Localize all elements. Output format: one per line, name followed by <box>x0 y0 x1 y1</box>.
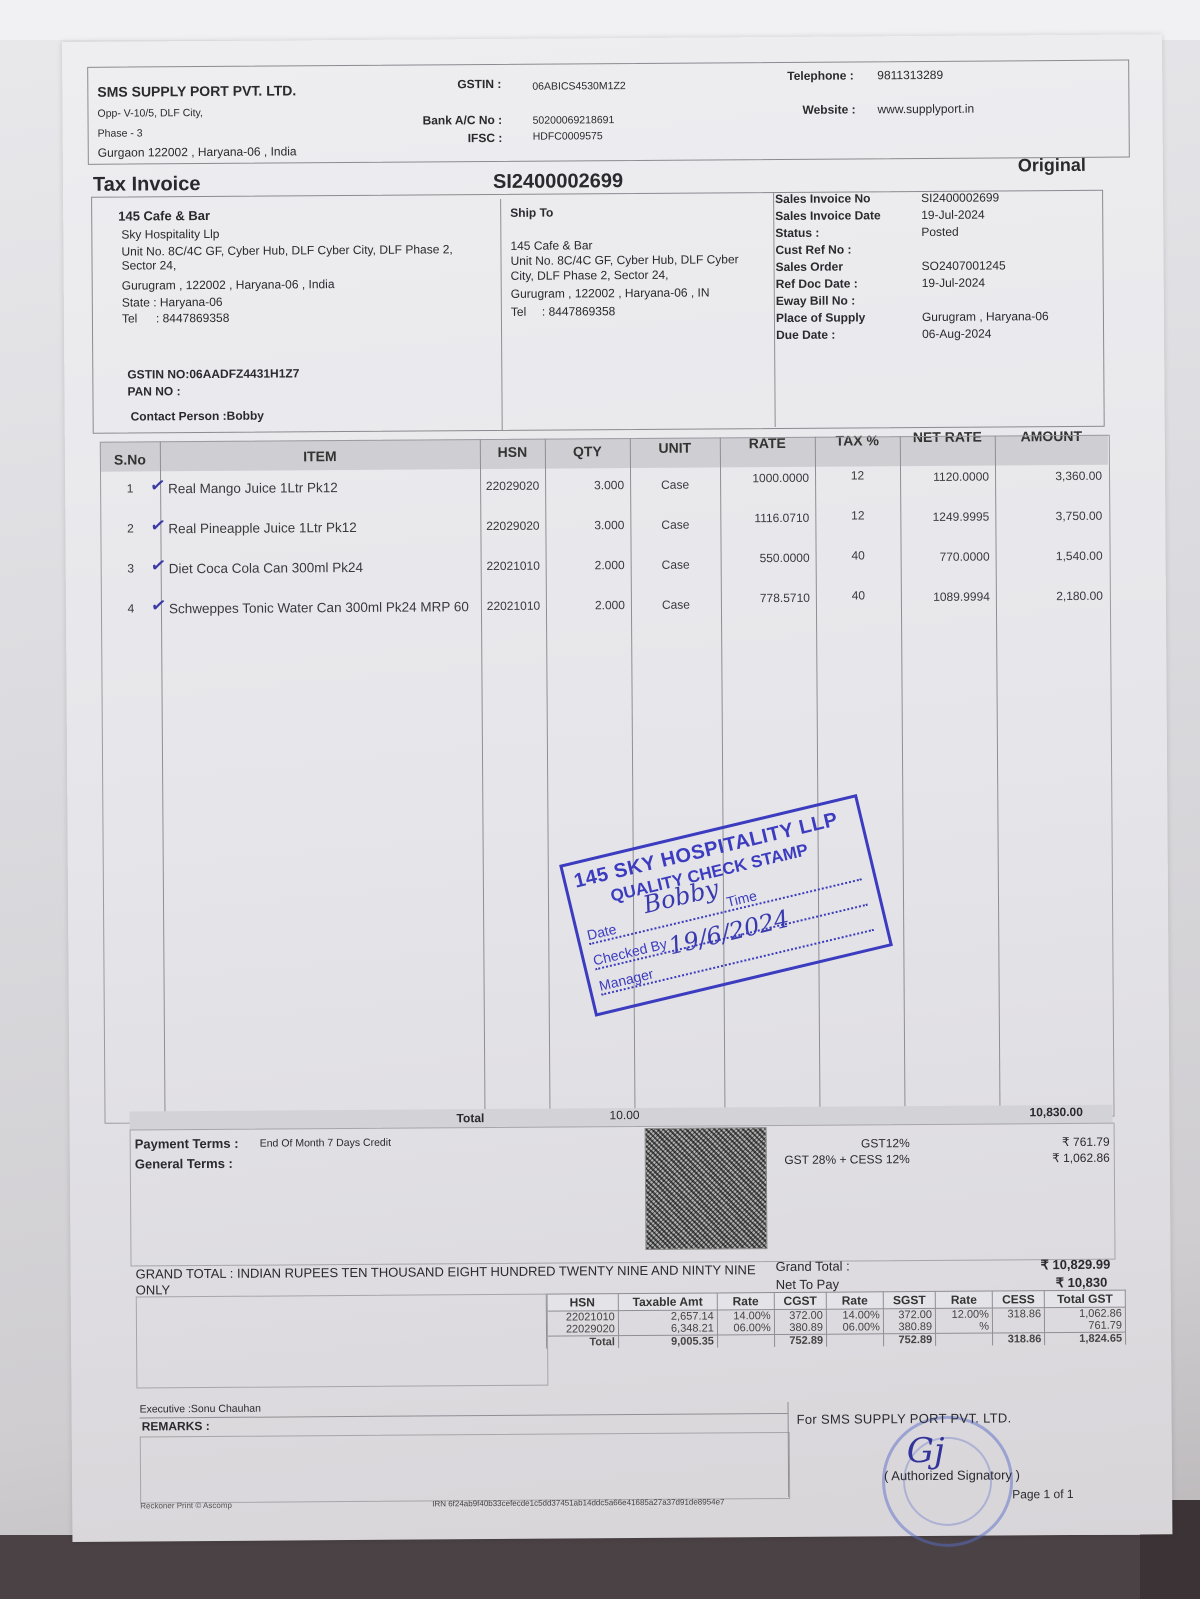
cell-net-rate: 770.0000 <box>901 549 996 564</box>
document-title: Tax Invoice <box>93 173 201 197</box>
gst-cell: 380.89 <box>883 1321 935 1334</box>
blank-box <box>136 1294 549 1389</box>
ship-to-city: Gurugram , 122002 , Haryana-06 , IN <box>511 285 710 300</box>
bill-to-address-2: Sector 24, <box>122 258 177 272</box>
cell-item: Diet Coca Cola Can 300ml Pk24 <box>161 559 481 576</box>
meta-label: Cust Ref No : <box>775 242 851 257</box>
invoice-number-heading: SI2400002699 <box>493 170 623 194</box>
telephone-label: Telephone : <box>787 68 854 82</box>
ifsc-label: IFSC : <box>468 131 503 145</box>
cell-hsn: 22021010 <box>481 559 546 573</box>
tax-summary-label: GST12% <box>770 1136 910 1151</box>
cell-rate: 778.5710 <box>721 591 816 606</box>
tax-summary-value: ₹ 1,062.86 <box>1030 1151 1110 1166</box>
gst-cell: 06.00% <box>717 1322 774 1335</box>
page-info: Page 1 of 1 <box>1012 1487 1073 1501</box>
invoice-sheet: SMS SUPPLY PORT PVT. LTD. Opp- V-10/5, D… <box>62 34 1172 1542</box>
payment-terms-label: Payment Terms : <box>135 1136 239 1152</box>
cell-amount: 3,750.00 <box>995 509 1108 524</box>
irn-number: IRN 6f24ab9f40b33cefecde1c5dd37451ab14dd… <box>432 1497 724 1508</box>
ship-to-address-2: City, DLF Phase 2, Sector 24, <box>511 268 669 283</box>
gst-cell: 318.86 <box>992 1308 1044 1321</box>
payment-terms-value: End Of Month 7 Days Credit <box>260 1137 391 1150</box>
ship-to-heading: Ship To <box>510 206 553 220</box>
cell-tax: 12 <box>815 508 900 523</box>
cell-rate: 550.0000 <box>721 551 816 566</box>
gst-total-cell <box>936 1333 993 1346</box>
gstin-value: 06ABICS4530M1Z2 <box>532 80 625 93</box>
ship-to-name: 145 Cafe & Bar <box>510 238 592 253</box>
cell-hsn: 22029020 <box>480 479 545 493</box>
gst-column-header: CESS <box>992 1291 1044 1308</box>
ship-to-tel-label: Tel <box>511 305 526 319</box>
total-amount: 10,830.00 <box>1029 1105 1082 1119</box>
cell-hsn: 22021010 <box>481 599 546 613</box>
meta-label: Due Date : <box>776 328 835 342</box>
copy-type: Original <box>1018 155 1086 176</box>
cell-net-rate: 1089.9994 <box>901 589 996 604</box>
meta-label: Status : <box>775 226 819 240</box>
bill-to-tel-label: Tel <box>122 311 137 325</box>
total-label: Total <box>456 1111 484 1125</box>
meta-value: 19-Jul-2024 <box>922 276 985 290</box>
gst-cell: 22029020 <box>546 1323 618 1336</box>
cell-qty: 2.000 <box>546 558 631 573</box>
cell-tax: 40 <box>816 548 901 563</box>
general-terms-label: General Terms : <box>135 1156 233 1172</box>
meta-label: Sales Invoice Date <box>775 208 880 223</box>
tax-summary-value: ₹ 761.79 <box>1030 1135 1110 1150</box>
cell-net-rate: 1249.9995 <box>900 509 995 524</box>
bill-to-gstin: GSTIN NO:06AADFZ4431H1Z7 <box>127 366 299 381</box>
gst-total-cell: 1,824.65 <box>1045 1332 1126 1345</box>
gst-cell <box>992 1320 1044 1333</box>
cell-qty: 3.000 <box>545 518 630 533</box>
cell-tax: 12 <box>815 468 900 483</box>
meta-label: Place of Supply <box>776 310 865 325</box>
meta-value: SO2407001245 <box>922 258 1006 273</box>
executive-name: Executive :Sonu Chauhan <box>140 1403 262 1416</box>
website-label: Website : <box>802 102 855 116</box>
gst-cell: 380.89 <box>774 1322 826 1335</box>
tax-summary-label: GST 28% + CESS 12% <box>770 1152 910 1167</box>
ifsc-value: HDFC0009575 <box>533 130 603 142</box>
remarks-box <box>140 1432 790 1504</box>
meta-label: Ref Doc Date : <box>776 276 858 291</box>
cell-unit: Case <box>630 477 720 492</box>
background-bottom <box>0 1535 1200 1599</box>
grand-total-value: ₹ 10,829.99 <box>1041 1257 1111 1273</box>
gst-cell: 14.00% <box>717 1310 774 1323</box>
background-top <box>0 0 1200 40</box>
company-address-1: Opp- V-10/5, DLF City, <box>97 107 203 120</box>
meta-label: Eway Bill No : <box>776 293 855 308</box>
signature-scribble: Gj <box>907 1431 945 1471</box>
cell-amount: 1,540.00 <box>996 549 1109 564</box>
gst-total-cell: Total <box>547 1336 619 1349</box>
authorized-signatory-label: ( Authorized Signatory ) <box>884 1467 1020 1483</box>
cell-tax: 40 <box>816 588 901 603</box>
total-qty: 10.00 <box>609 1108 639 1122</box>
gst-cell: 12.00% <box>935 1308 992 1321</box>
gst-column-header: Rate <box>826 1292 883 1309</box>
cell-item: Real Mango Juice 1Ltr Pk12 <box>160 479 480 496</box>
meta-value: 19-Jul-2024 <box>921 208 984 222</box>
gst-total-cell <box>827 1334 884 1347</box>
bill-to-tel: : 8447869358 <box>156 311 230 326</box>
gst-cell: 06.00% <box>826 1321 883 1334</box>
net-to-pay-value: ₹ 10,830 <box>1056 1275 1108 1291</box>
gst-cell: 372.00 <box>774 1309 826 1322</box>
gst-column-header: SGST <box>883 1291 935 1308</box>
bill-to-address-1: Unit No. 8C/4C GF, Cyber Hub, DLF Cyber … <box>121 242 452 258</box>
gst-column-header: Rate <box>935 1291 992 1308</box>
bank-account: 50200069218691 <box>533 114 615 127</box>
cell-amount: 3,360.00 <box>995 469 1108 484</box>
gst-column-header: Taxable Amt <box>618 1293 717 1311</box>
gst-column-header: CGST <box>774 1292 826 1309</box>
meta-value: 06-Aug-2024 <box>922 327 991 341</box>
bill-to-city: Gurugram , 122002 , Haryana-06 , India <box>122 277 335 292</box>
gst-total-cell: 318.86 <box>993 1333 1045 1346</box>
meta-value: Gurugram , Haryana-06 <box>922 309 1049 324</box>
cell-unit: Case <box>631 597 721 612</box>
ship-to-tel: : 8447869358 <box>542 304 616 319</box>
meta-label: Sales Order <box>776 260 843 274</box>
meta-value: Posted <box>921 225 958 239</box>
grand-total-label: Grand Total : <box>776 1259 850 1275</box>
stamp-time-label: Time <box>725 887 758 910</box>
cell-amount: 2,180.00 <box>996 589 1109 604</box>
telephone-value: 9811313289 <box>877 68 943 82</box>
cell-qty: 2.000 <box>546 598 631 613</box>
cell-unit: Case <box>631 557 721 572</box>
gst-total-cell <box>717 1335 774 1348</box>
gst-cell: 22021010 <box>546 1311 618 1324</box>
gst-column-header: Total GST <box>1044 1290 1125 1308</box>
gst-cell: 761.79 <box>1045 1320 1126 1333</box>
company-address-2: Phase - 3 <box>98 127 143 139</box>
gst-cell: 2,657.14 <box>618 1310 717 1323</box>
company-address-3: Gurgaon 122002 , Haryana-06 , India <box>98 144 297 159</box>
gst-total-cell: 9,005.35 <box>618 1335 717 1348</box>
cell-item: Schweppes Tonic Water Can 300ml Pk24 MRP… <box>161 599 481 616</box>
cell-unit: Case <box>630 517 720 532</box>
cell-qty: 3.000 <box>545 478 630 493</box>
bank-label: Bank A/C No : <box>423 113 503 128</box>
stamp-manager-label: Manager <box>597 965 654 993</box>
items-table-box <box>100 435 1115 1124</box>
stamp-date-label: Date <box>585 921 617 943</box>
website-link[interactable]: www.supplyport.in <box>877 102 974 117</box>
footer-left: Reckoner Print © Ascomp <box>140 1501 232 1511</box>
gst-cell: 6,348.21 <box>618 1322 717 1335</box>
bill-to-contact: Contact Person :Bobby <box>131 409 264 424</box>
gst-cell: % <box>936 1321 993 1334</box>
net-to-pay-label: Net To Pay <box>776 1277 839 1292</box>
meta-label: Sales Invoice No <box>775 191 870 206</box>
cell-net-rate: 1120.0000 <box>900 469 995 484</box>
gst-cell: 372.00 <box>883 1308 935 1321</box>
gst-column-header: HSN <box>546 1294 618 1312</box>
cell-rate: 1116.0710 <box>720 511 815 526</box>
bill-to-state: State : Haryana-06 <box>122 295 223 310</box>
bill-to-company: Sky Hospitality Llp <box>121 227 219 242</box>
gst-breakup-table: HSNTaxable AmtRateCGSTRateSGSTRateCESSTo… <box>546 1290 1126 1349</box>
signatory-for: For SMS SUPPLY PORT PVT. LTD. <box>797 1410 1012 1426</box>
gst-cell: 14.00% <box>826 1309 883 1322</box>
cell-rate: 1000.0000 <box>720 471 815 486</box>
remarks-label: REMARKS : <box>142 1419 210 1433</box>
irn-qr-code <box>645 1127 768 1250</box>
gst-cell: 1,062.86 <box>1045 1307 1126 1320</box>
meta-value: SI2400002699 <box>921 190 999 205</box>
bill-to-name: 145 Cafe & Bar <box>118 208 210 224</box>
company-name: SMS SUPPLY PORT PVT. LTD. <box>97 82 296 99</box>
gst-total-row: Total9,005.35752.89752.89318.861,824.65 <box>547 1332 1126 1349</box>
gst-total-cell: 752.89 <box>774 1334 826 1347</box>
bill-to-pan: PAN NO : <box>127 384 180 398</box>
gst-column-header: Rate <box>717 1293 774 1310</box>
gstin-label: GSTIN : <box>457 77 501 91</box>
cell-hsn: 22029020 <box>480 519 545 533</box>
cell-item: Real Pineapple Juice 1Ltr Pk12 <box>160 519 480 536</box>
ship-to-address-1: Unit No. 8C/4C GF, Cyber Hub, DLF Cyber <box>510 252 738 268</box>
gst-total-cell: 752.89 <box>883 1333 935 1346</box>
